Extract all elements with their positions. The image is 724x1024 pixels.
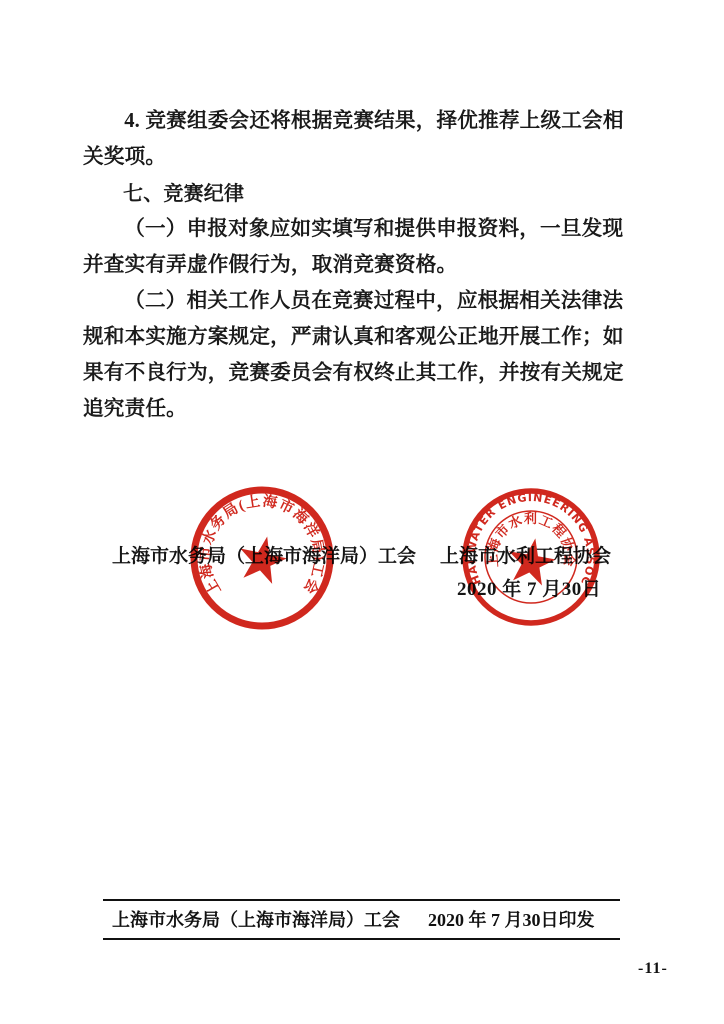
document-text-line: （一）申报对象应如实填写和提供申报资料，一旦发现: [83, 211, 621, 247]
footer-rule-bottom: [103, 938, 620, 940]
document-text-line: 4. 竞赛组委会还将根据竞赛结果，择优推荐上级工会相: [83, 103, 621, 139]
footer-text: 上海市水务局（上海市海洋局）工会2020 年 7 月30日印发: [112, 906, 595, 932]
footer-rule-top: [103, 899, 620, 901]
right-association-seal: SHANGHAI WATER ENGINEERING ASSOCIATION 上…: [458, 484, 604, 630]
section-heading: 七、竞赛纪律: [83, 175, 621, 211]
left-union-seal: 上海市水务局(上海市海洋局)工会: [187, 483, 337, 633]
footer-print-date: 2020 年 7 月30日印发: [428, 910, 595, 930]
document-text-line: 并查实有弄虚作假行为，取消竞赛资格。: [83, 247, 621, 283]
document-text-line: 规和本实施方案规定，严肃认真和客观公正地开展工作；如: [83, 319, 621, 355]
document-text-line: （二）相关工作人员在竞赛过程中，应根据相关法律法: [83, 283, 621, 319]
footer-issuer: 上海市水务局（上海市海洋局）工会: [112, 910, 400, 930]
document-text-line: 果有不良行为，竞赛委员会有权终止其工作，并按有关规定: [83, 355, 621, 391]
star-icon: [235, 532, 291, 586]
document-page: 4. 竞赛组委会还将根据竞赛结果，择优推荐上级工会相关奖项。七、竞赛纪律（一）申…: [0, 0, 724, 1024]
star-icon: [504, 534, 559, 587]
document-text-line: 关奖项。: [83, 139, 621, 175]
document-text-line: 追究责任。: [83, 391, 621, 427]
page-number: -11-: [638, 960, 668, 978]
document-body: 4. 竞赛组委会还将根据竞赛结果，择优推荐上级工会相关奖项。七、竞赛纪律（一）申…: [83, 103, 621, 427]
